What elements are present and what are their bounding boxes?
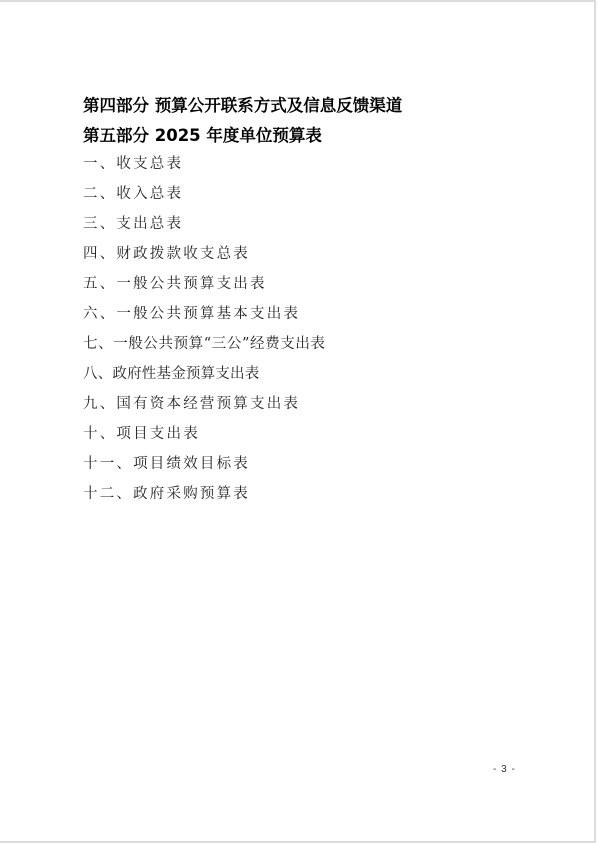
toc-item-9: 九、国有资本经营预算支出表 xyxy=(83,392,300,413)
toc-item-7: 七、一般公共预算“三公”经费支出表 xyxy=(83,332,326,353)
toc-item-2: 二、收入总表 xyxy=(83,182,183,203)
heading-part-four: 第四部分 预算公开联系方式及信息反馈渠道 xyxy=(83,92,402,116)
toc-item-10: 十、项目支出表 xyxy=(83,422,200,443)
document-page: 第四部分 预算公开联系方式及信息反馈渠道 第五部分 2025 年度单位预算表 一… xyxy=(0,0,596,843)
toc-item-5: 五、一般公共预算支出表 xyxy=(83,272,267,293)
heading-part-five: 第五部分 2025 年度单位预算表 xyxy=(83,122,322,146)
toc-item-8: 八、政府性基金预算支出表 xyxy=(83,362,259,383)
page-number: - 3 - xyxy=(493,764,516,775)
toc-item-6: 六、一般公共预算基本支出表 xyxy=(83,302,300,323)
toc-item-11: 十一、项目绩效目标表 xyxy=(83,452,250,473)
toc-item-3: 三、支出总表 xyxy=(83,212,183,233)
toc-item-12: 十二、政府采购预算表 xyxy=(83,482,250,503)
toc-item-1: 一、收支总表 xyxy=(83,152,183,173)
toc-item-4: 四、财政拨款收支总表 xyxy=(83,242,250,263)
